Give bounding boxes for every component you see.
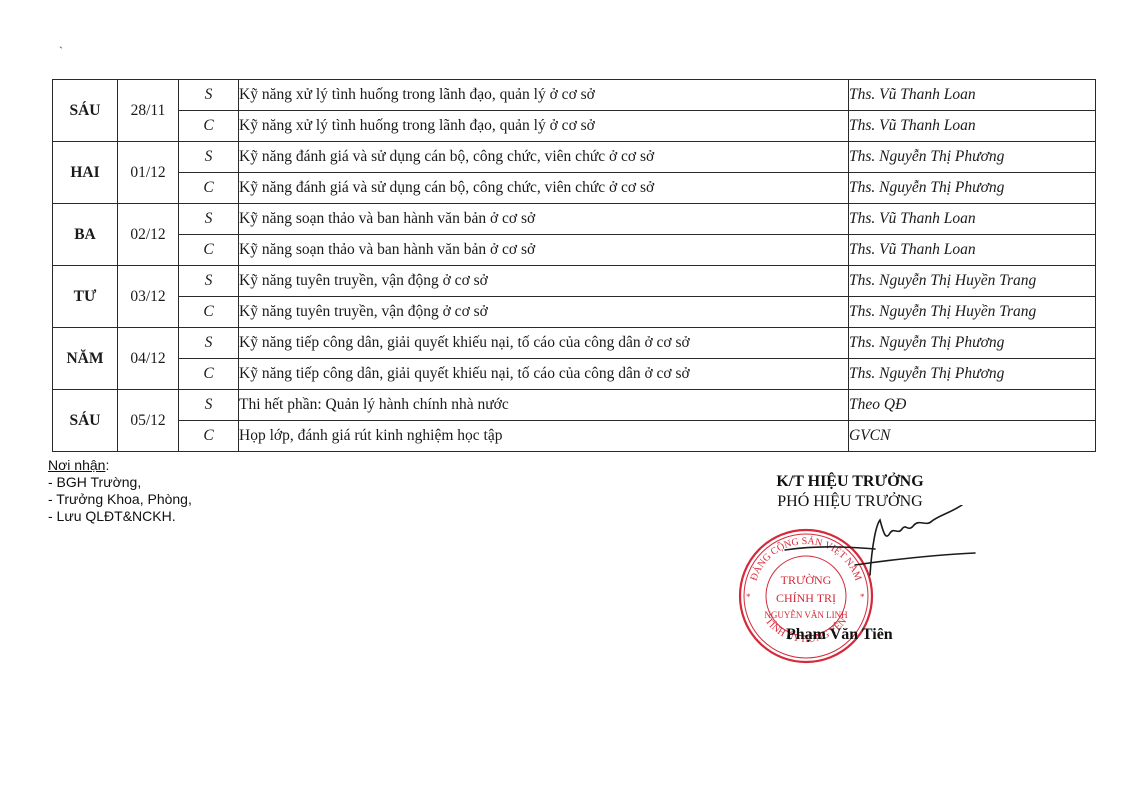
table-row: HAI01/12SKỹ năng đánh giá và sử dụng cán… — [53, 142, 1096, 173]
session-cell: S — [179, 390, 239, 421]
lecturer-cell: GVCN — [849, 421, 1096, 452]
svg-text:*: * — [860, 592, 865, 602]
recipient-item: - Lưu QLĐT&NCKH. — [48, 508, 192, 525]
lecturer-cell: Ths. Nguyễn Thị Phương — [849, 359, 1096, 390]
content-cell: Kỹ năng tiếp công dân, giải quyết khiếu … — [239, 328, 849, 359]
date-cell: 01/12 — [118, 142, 179, 204]
content-cell: Kỹ năng xử lý tình huống trong lãnh đạo,… — [239, 111, 849, 142]
content-cell: Kỹ năng soạn thảo và ban hành văn bản ở … — [239, 235, 849, 266]
handwritten-signature-icon — [780, 505, 980, 585]
table-row: BA02/12SKỹ năng soạn thảo và ban hành vă… — [53, 204, 1096, 235]
date-cell: 03/12 — [118, 266, 179, 328]
table-row: CKỹ năng soạn thảo và ban hành văn bản ở… — [53, 235, 1096, 266]
session-cell: S — [179, 266, 239, 297]
session-cell: S — [179, 142, 239, 173]
table-row: NĂM04/12SKỹ năng tiếp công dân, giải quy… — [53, 328, 1096, 359]
lecturer-cell: Theo QĐ — [849, 390, 1096, 421]
signer-name: Phạm Văn Tiên — [786, 626, 893, 644]
recipient-item: - BGH Trường, — [48, 474, 192, 491]
date-cell: 05/12 — [118, 390, 179, 452]
content-cell: Kỹ năng đánh giá và sử dụng cán bộ, công… — [239, 173, 849, 204]
lecturer-cell: Ths. Nguyễn Thị Phương — [849, 328, 1096, 359]
content-cell: Thi hết phần: Quản lý hành chính nhà nướ… — [239, 390, 849, 421]
session-cell: C — [179, 359, 239, 390]
table-row: CKỹ năng tuyên truyền, vận động ở cơ sởT… — [53, 297, 1096, 328]
lecturer-cell: Ths. Nguyễn Thị Huyền Trang — [849, 266, 1096, 297]
day-cell: NĂM — [53, 328, 118, 390]
session-cell: C — [179, 421, 239, 452]
table-row: SÁU28/11SKỹ năng xử lý tình huống trong … — [53, 80, 1096, 111]
svg-text:*: * — [746, 592, 751, 602]
day-cell: SÁU — [53, 390, 118, 452]
lecturer-cell: Ths. Nguyễn Thị Huyền Trang — [849, 297, 1096, 328]
lecturer-cell: Ths. Vũ Thanh Loan — [849, 111, 1096, 142]
session-cell: C — [179, 111, 239, 142]
table-row: CHọp lớp, đánh giá rút kinh nghiệm học t… — [53, 421, 1096, 452]
session-cell: C — [179, 173, 239, 204]
date-cell: 02/12 — [118, 204, 179, 266]
table-row: CKỹ năng đánh giá và sử dụng cán bộ, côn… — [53, 173, 1096, 204]
session-cell: S — [179, 204, 239, 235]
session-cell: S — [179, 328, 239, 359]
schedule-table: SÁU28/11SKỹ năng xử lý tình huống trong … — [52, 79, 1096, 452]
day-cell: TƯ — [53, 266, 118, 328]
content-cell: Kỹ năng tuyên truyền, vận động ở cơ sở — [239, 266, 849, 297]
content-cell: Họp lớp, đánh giá rút kinh nghiệm học tậ… — [239, 421, 849, 452]
table-row: CKỹ năng xử lý tình huống trong lãnh đạo… — [53, 111, 1096, 142]
signature-title: K/T HIỆU TRƯỞNG — [740, 472, 960, 492]
date-cell: 28/11 — [118, 80, 179, 142]
content-cell: Kỹ năng xử lý tình huống trong lãnh đạo,… — [239, 80, 849, 111]
table-row: CKỹ năng tiếp công dân, giải quyết khiếu… — [53, 359, 1096, 390]
day-cell: BA — [53, 204, 118, 266]
svg-text:NGUYỄN VĂN LINH: NGUYỄN VĂN LINH — [764, 609, 848, 620]
recipients-block: Nơi nhận: - BGH Trường, - Trưởng Khoa, P… — [48, 457, 192, 525]
recipients-heading: Nơi nhận: — [48, 457, 192, 474]
scan-mark: ` — [59, 44, 63, 59]
lecturer-cell: Ths. Vũ Thanh Loan — [849, 204, 1096, 235]
session-cell: C — [179, 297, 239, 328]
table-row: SÁU05/12SThi hết phần: Quản lý hành chín… — [53, 390, 1096, 421]
recipient-item: - Trưởng Khoa, Phòng, — [48, 491, 192, 508]
svg-text:CHÍNH TRỊ: CHÍNH TRỊ — [776, 591, 836, 605]
content-cell: Kỹ năng tuyên truyền, vận động ở cơ sở — [239, 297, 849, 328]
session-cell: C — [179, 235, 239, 266]
day-cell: HAI — [53, 142, 118, 204]
content-cell: Kỹ năng tiếp công dân, giải quyết khiếu … — [239, 359, 849, 390]
content-cell: Kỹ năng đánh giá và sử dụng cán bộ, công… — [239, 142, 849, 173]
lecturer-cell: Ths. Nguyễn Thị Phương — [849, 173, 1096, 204]
content-cell: Kỹ năng soạn thảo và ban hành văn bản ở … — [239, 204, 849, 235]
lecturer-cell: Ths. Vũ Thanh Loan — [849, 235, 1096, 266]
session-cell: S — [179, 80, 239, 111]
table-row: TƯ03/12SKỹ năng tuyên truyền, vận động ở… — [53, 266, 1096, 297]
day-cell: SÁU — [53, 80, 118, 142]
lecturer-cell: Ths. Vũ Thanh Loan — [849, 80, 1096, 111]
lecturer-cell: Ths. Nguyễn Thị Phương — [849, 142, 1096, 173]
date-cell: 04/12 — [118, 328, 179, 390]
